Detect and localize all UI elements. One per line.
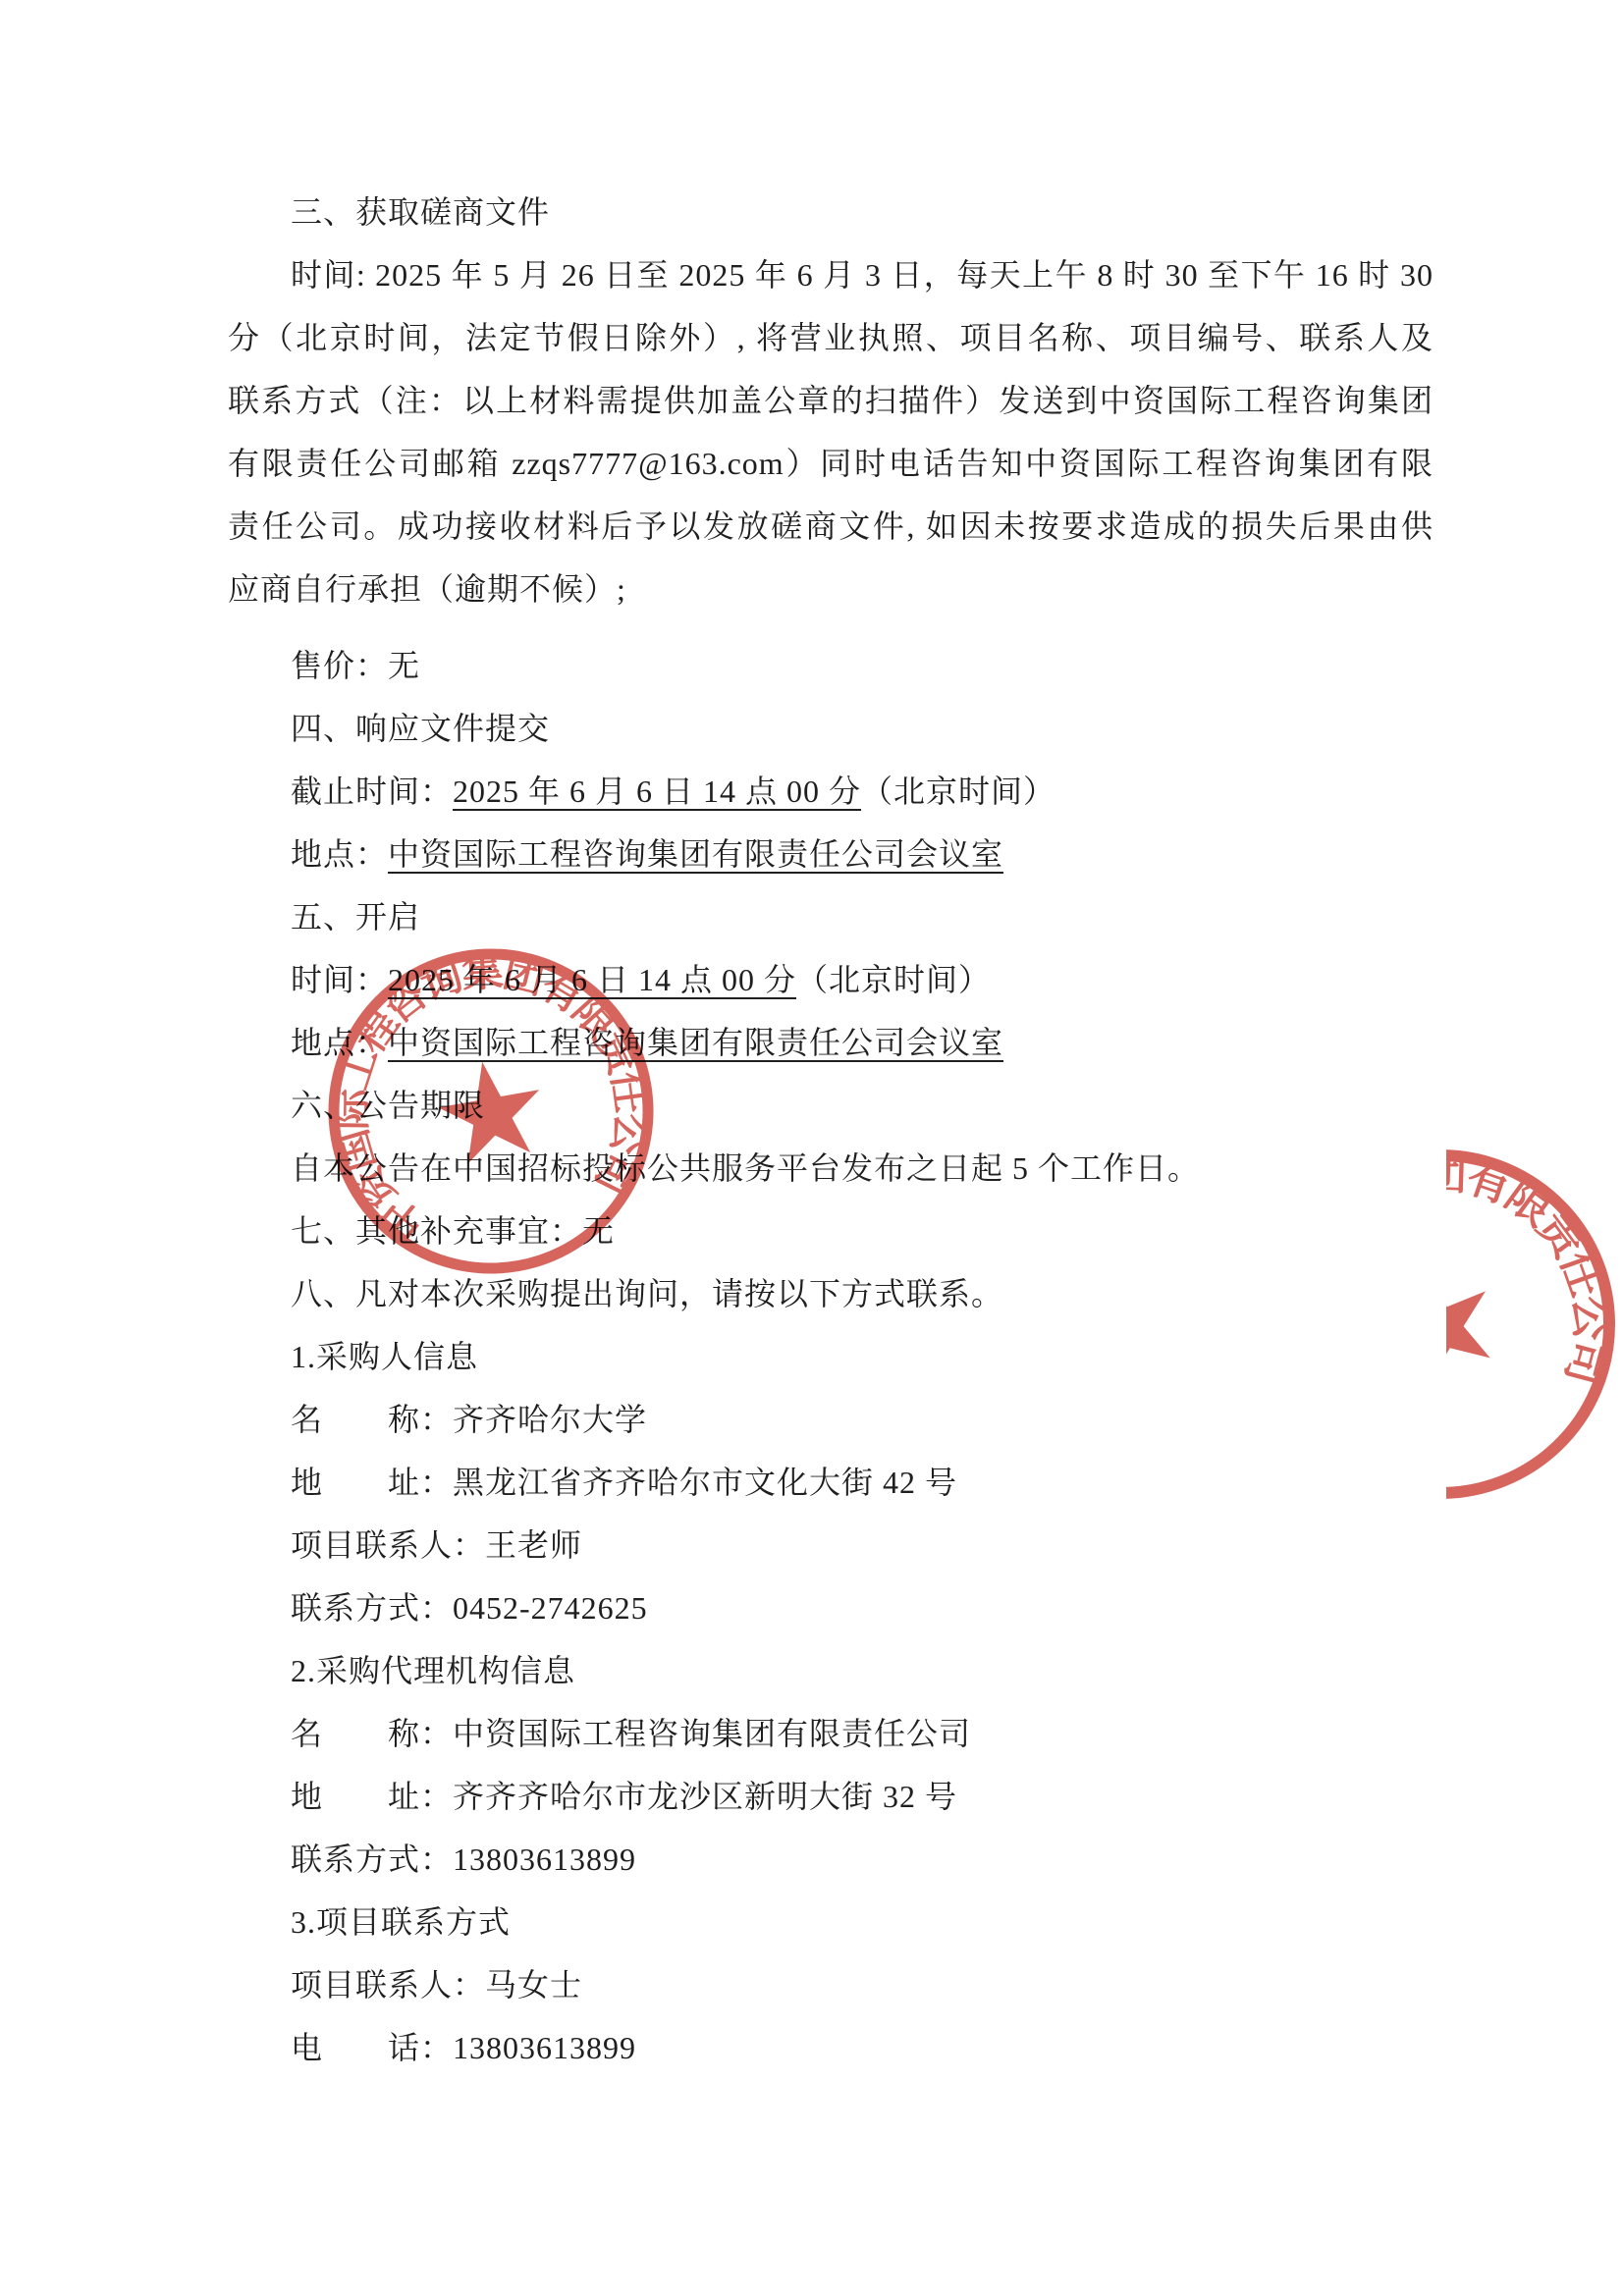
- line-text: （北京时间）: [861, 774, 1055, 809]
- doc-line: 时间: 2025 年 5 月 26 日至 2025 年 6 月 3 日，每天上午…: [228, 243, 1434, 306]
- purchaser-info-heading: 1.采购人信息: [228, 1325, 1434, 1388]
- underlined-text: 2025 年 6 月 6 日 14 点 00 分: [453, 774, 861, 809]
- company-seal: 中资国际工程咨询集团有限责任公司: [314, 934, 668, 1288]
- line-text: （北京时间）: [796, 962, 991, 997]
- location-line: 地点：中资国际工程咨询集团有限责任公司会议室: [228, 823, 1434, 885]
- project-contact-line: 项目联系人：马女士: [228, 1953, 1434, 2016]
- purchaser-address-line: 地 址：黑龙江省齐齐哈尔市文化大街 42 号: [228, 1451, 1434, 1514]
- section-heading-3: 三、获取磋商文件: [228, 181, 1434, 243]
- section-heading-4: 四、响应文件提交: [228, 697, 1434, 760]
- doc-line: 分（北京时间，法定节假日除外）, 将营业执照、项目名称、项目编号、联系人及: [228, 306, 1434, 369]
- doc-line: 有限责任公司邮箱 zzqs7777@163.com）同时电话告知中资国际工程咨询…: [228, 432, 1434, 495]
- price-line: 售价：无: [228, 634, 1434, 697]
- agency-name-line: 名 称：中资国际工程咨询集团有限责任公司: [228, 1702, 1434, 1765]
- project-phone-line: 电 话：13803613899: [228, 2016, 1434, 2079]
- line-text: 地点：: [291, 836, 388, 872]
- agency-info-heading: 2.采购代理机构信息: [228, 1639, 1434, 1702]
- project-contact-heading: 3.项目联系方式: [228, 1891, 1434, 1953]
- deadline-line: 截止时间：2025 年 6 月 6 日 14 点 00 分（北京时间）: [228, 760, 1434, 823]
- agency-phone-line: 联系方式：13803613899: [228, 1828, 1434, 1891]
- purchaser-phone-line: 联系方式：0452-2742625: [228, 1576, 1434, 1639]
- doc-line: 责任公司。成功接收材料后予以发放磋商文件, 如因未按要求造成的损失后果由供: [228, 495, 1434, 558]
- agency-address-line: 地 址：齐齐齐哈尔市龙沙区新明大街 32 号: [228, 1765, 1434, 1828]
- purchaser-contact-line: 项目联系人：王老师: [228, 1514, 1434, 1576]
- document-page: 三、获取磋商文件 时间: 2025 年 5 月 26 日至 2025 年 6 月…: [0, 0, 1623, 2296]
- doc-line: 应商自行承担（逾期不候）;: [228, 558, 1434, 620]
- doc-line: 联系方式（注：以上材料需提供加盖公章的扫描件）发送到中资国际工程咨询集团: [228, 369, 1434, 432]
- line-text: 截止时间：: [291, 774, 453, 809]
- underlined-text: 中资国际工程咨询集团有限责任公司会议室: [388, 836, 1003, 872]
- purchaser-name-line: 名 称：齐齐哈尔大学: [228, 1388, 1434, 1451]
- star-icon: [432, 1053, 550, 1167]
